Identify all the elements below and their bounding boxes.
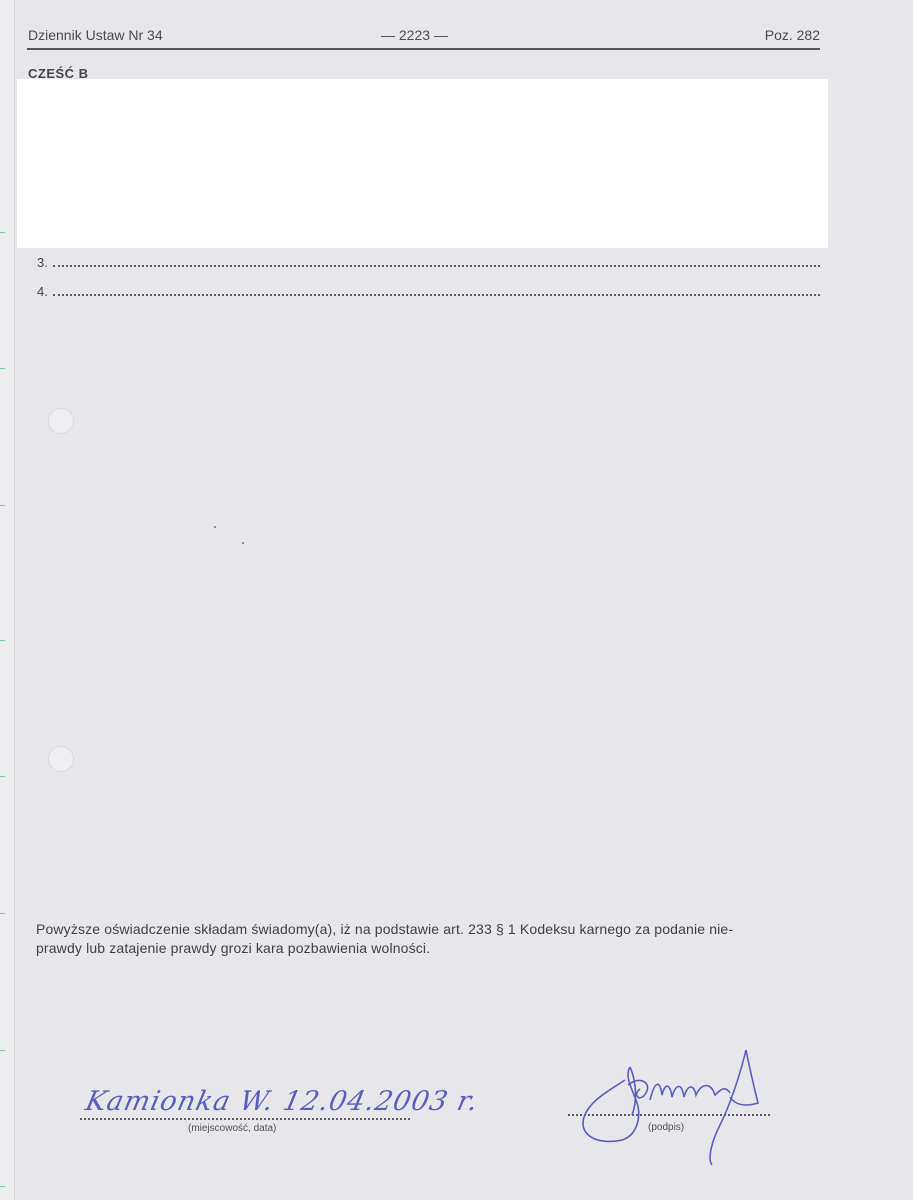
edge-tick — [0, 505, 5, 506]
punch-hole — [48, 746, 74, 772]
dotted-fill-line — [53, 293, 820, 296]
punch-hole — [48, 408, 74, 434]
scan-speck — [242, 542, 244, 544]
header-rule — [27, 48, 820, 50]
journal-title: Dziennik Ustaw Nr 34 — [28, 27, 163, 43]
line-number: 3. — [37, 255, 51, 270]
scan-speck — [214, 526, 216, 528]
page-header: Dziennik Ustaw Nr 34 — 2223 — Poz. 282 — [28, 27, 820, 47]
scanner-edge-strip — [0, 0, 15, 1200]
handwritten-signature — [570, 1045, 770, 1170]
numbered-line-4: 4. — [37, 283, 820, 299]
legal-statement: Powyższe oświadczenie składam świadomy(a… — [36, 920, 828, 958]
numbered-line-3: 3. — [37, 254, 820, 270]
place-date-line — [80, 1116, 410, 1120]
edge-tick — [0, 1050, 5, 1051]
place-date-caption: (miejscowość, data) — [188, 1123, 276, 1134]
edge-tick — [0, 368, 5, 369]
redacted-area — [17, 79, 828, 248]
statement-line-1: Powyższe oświadczenie składam świadomy(a… — [36, 920, 828, 939]
edge-tick — [0, 776, 5, 777]
section-title: CZĘŚĆ B — [28, 66, 89, 78]
page-number: — 2223 — — [381, 27, 448, 43]
line-number: 4. — [37, 284, 51, 299]
edge-tick — [0, 640, 5, 641]
handwritten-place-date: Kamionka W. 12.04.2003 r. — [83, 1086, 482, 1117]
statement-line-2: prawdy lub zatajenie prawdy grozi kara p… — [36, 939, 828, 958]
edge-tick — [0, 232, 5, 233]
position-number: Poz. 282 — [765, 27, 820, 43]
edge-tick — [0, 1186, 5, 1187]
dotted-fill-line — [53, 264, 820, 267]
edge-tick — [0, 913, 5, 914]
